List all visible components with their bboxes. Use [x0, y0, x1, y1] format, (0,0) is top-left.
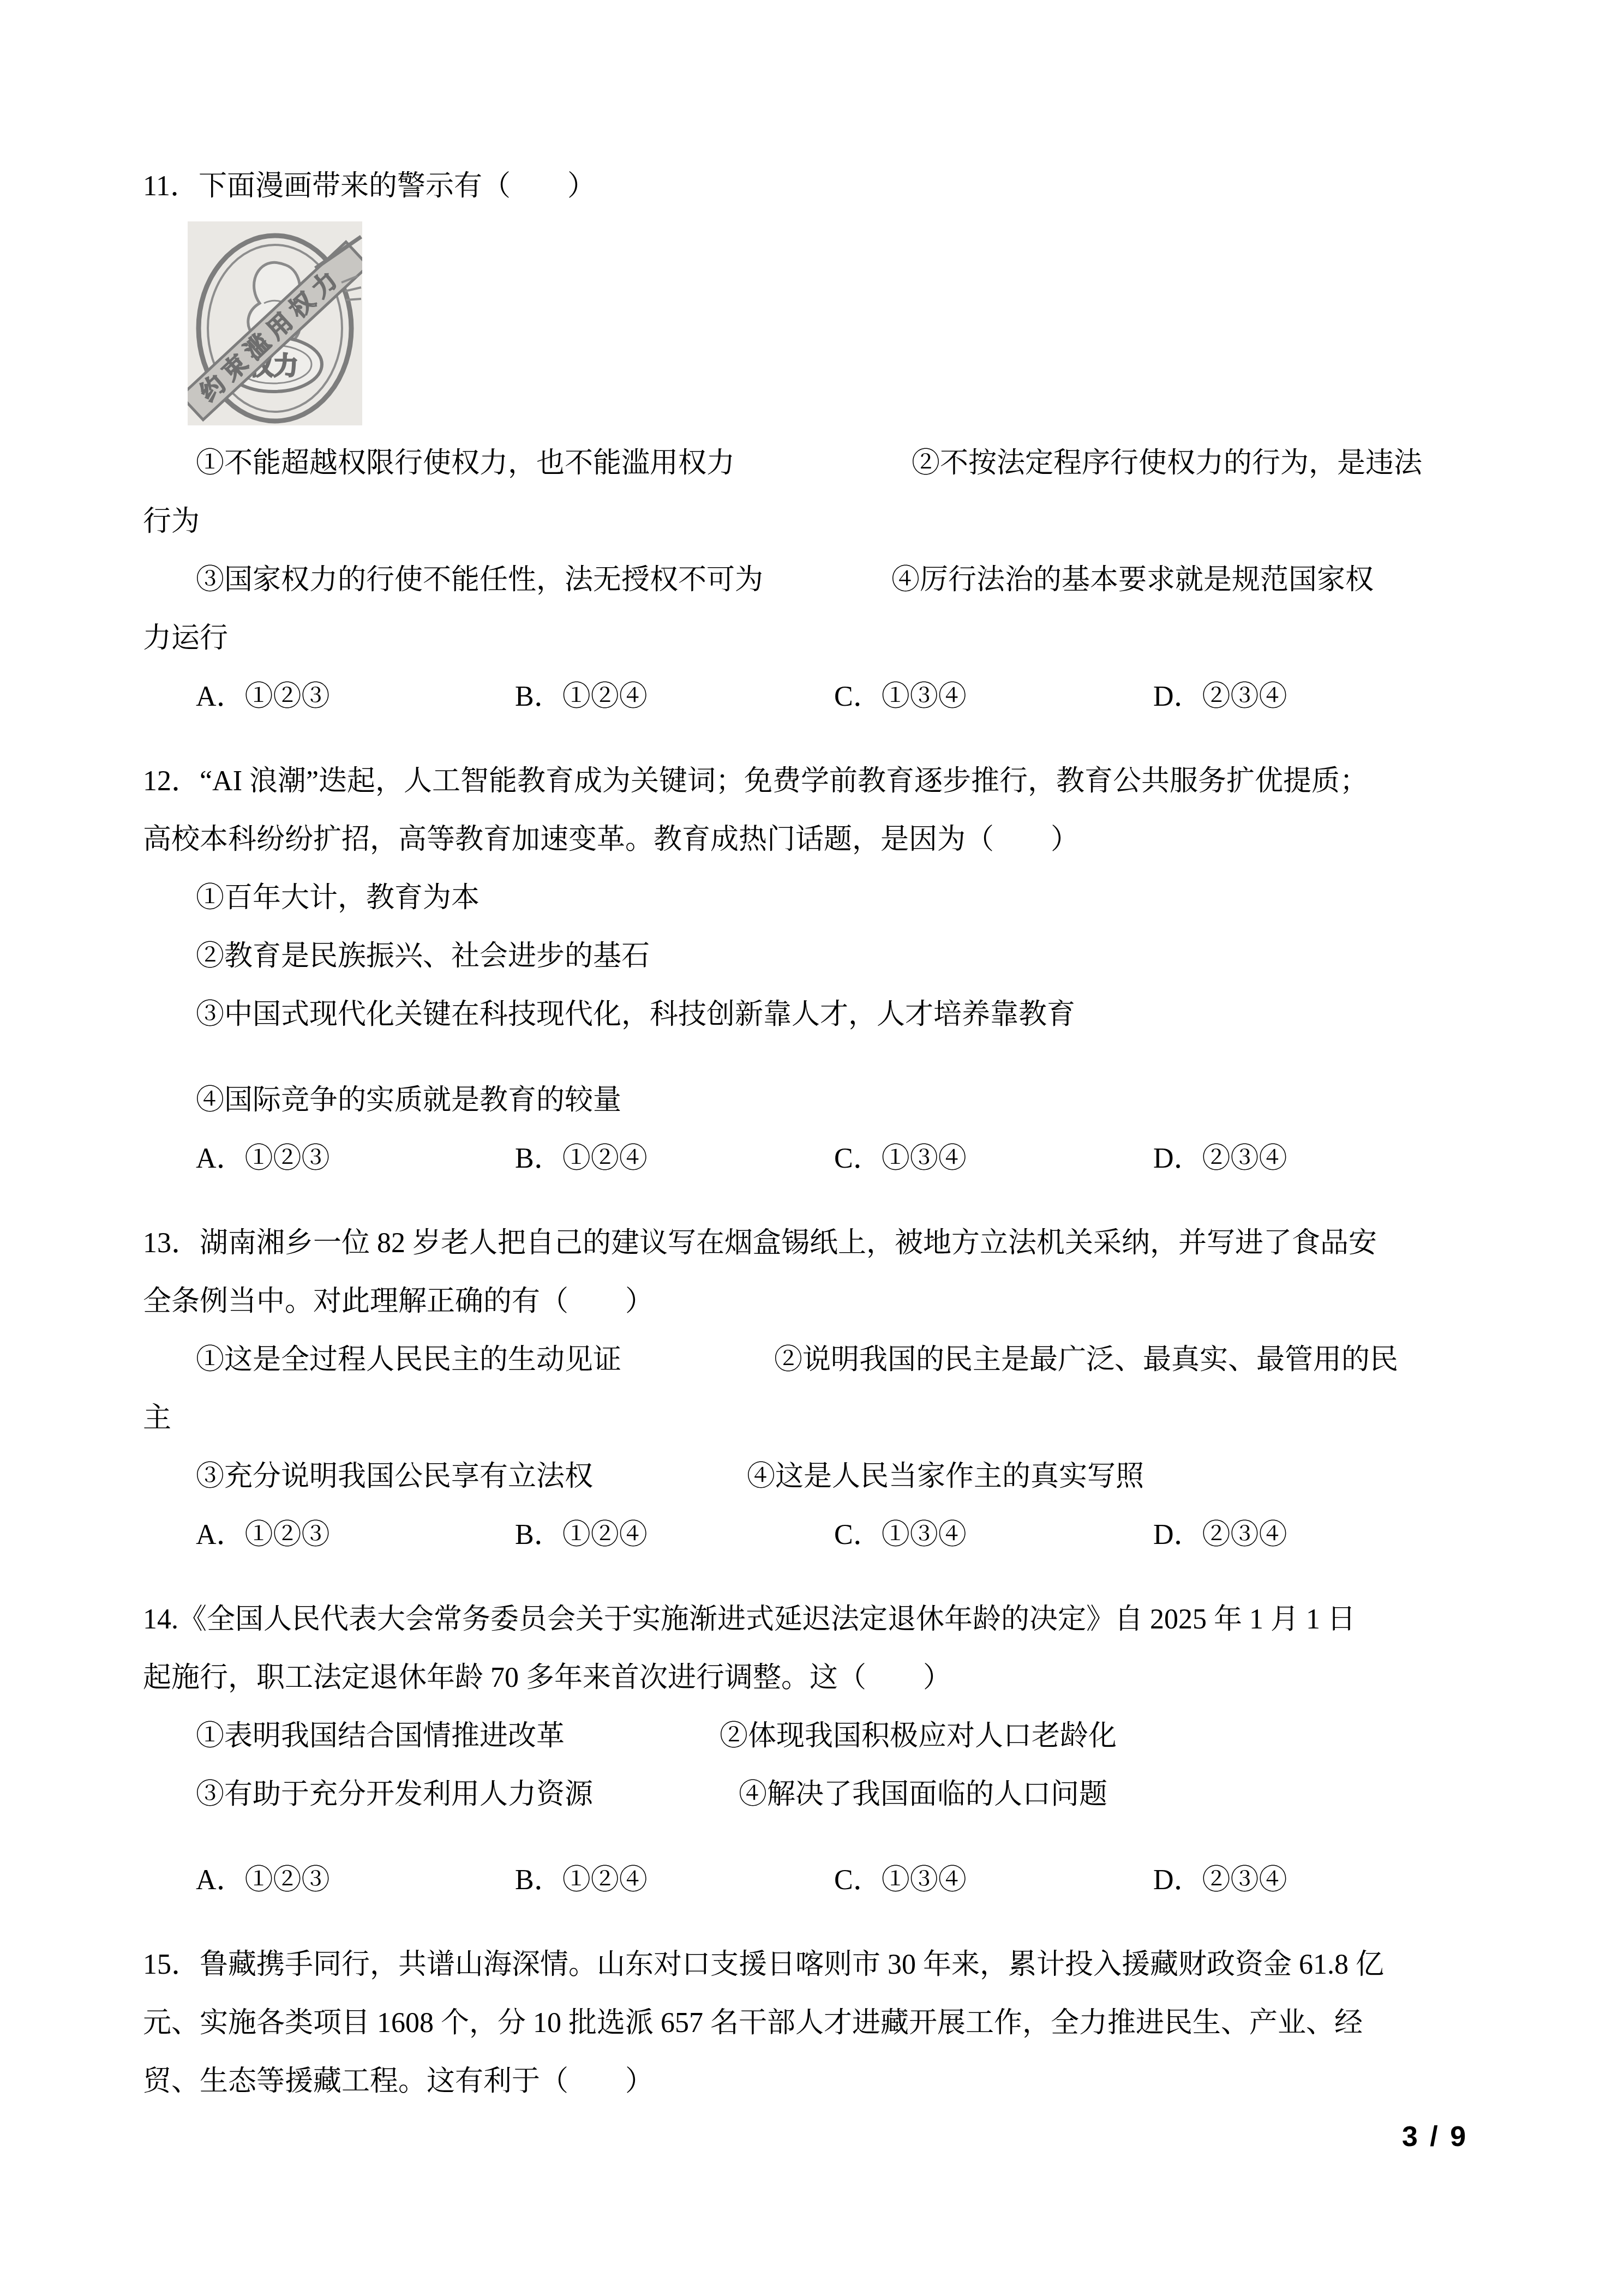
option-4: ④解决了我国面临的人口问题 — [739, 1779, 1107, 1810]
question-14-options-row-2: ③有助于充分开发利用人力资源④解决了我国面临的人口问题 — [143, 1765, 1485, 1824]
option-1: ①不能超越权限行使权力，也不能滥用权力 — [196, 434, 912, 492]
option-4-continuation: 力运行 — [143, 609, 1485, 668]
option-1: ①百年大计，教育为本 — [143, 869, 1485, 927]
question-12: 12．“AI 浪潮”迭起，人工智能教育成为关键词；免费学前教育逐步推行，教育公共… — [143, 752, 1485, 1188]
question-11-stem: 11．下面漫画带来的警示有（ ） — [143, 157, 1485, 215]
question-14-stem-line-2: 起施行，职工法定退休年龄 70 多年来首次进行调整。这（ ） — [143, 1649, 1485, 1707]
question-14-answer-row: A．①②③B．①②④C．①③④D．②③④ — [143, 1851, 1485, 1909]
question-13-options-row-1: ①这是全过程人民民主的生动见证②说明我国的民主是最广泛、最真实、最管用的民 — [143, 1331, 1485, 1389]
question-11-options-row-2: ③国家权力的行使不能任性，法无授权不可为④厉行法治的基本要求就是规范国家权 — [143, 551, 1485, 609]
option-2-continuation: 行为 — [143, 492, 1485, 551]
answer-option-d: D．②③④ — [1153, 668, 1287, 726]
answer-option-d: D．②③④ — [1153, 1851, 1287, 1909]
question-14: 14.《全国人民代表大会常务委员会关于实施渐进式延迟法定退休年龄的决定》自 20… — [143, 1590, 1485, 1909]
question-11-options-row-1: ①不能超越权限行使权力，也不能滥用权力②不按法定程序行使权力的行为，是违法 — [143, 434, 1485, 492]
question-15: 15．鲁藏携手同行，共谱山海深情。山东对口支援日喀则市 30 年来，累计投入援藏… — [143, 1936, 1485, 2111]
exam-page: { "footer": { "page_indicator": "3 / 9" … — [0, 0, 1624, 2296]
answer-option-a: A．①②③ — [196, 1506, 515, 1564]
question-11: 11．下面漫画带来的警示有（ ） 权力 约束滥用权力 ①不能超越权限行使权力，也… — [143, 157, 1485, 726]
option-3: ③国家权力的行使不能任性，法无授权不可为 — [196, 551, 891, 609]
option-4: ④厉行法治的基本要求就是规范国家权 — [891, 564, 1374, 596]
option-2: ②说明我国的民主是最广泛、最真实、最管用的民 — [774, 1344, 1398, 1375]
answer-option-c: C．①③④ — [834, 668, 1153, 726]
answer-option-b: B．①②④ — [515, 668, 834, 726]
question-13-stem-line-1: 13．湖南湘乡一位 82 岁老人把自己的建议写在烟盒锡纸上，被地方立法机关采纳，… — [143, 1214, 1485, 1272]
question-13-options-row-2: ③充分说明我国公民享有立法权④这是人民当家作主的真实写照 — [143, 1447, 1485, 1506]
answer-option-d: D．②③④ — [1153, 1506, 1287, 1564]
page-number: 3 / 9 — [1402, 2120, 1468, 2153]
answer-option-b: B．①②④ — [515, 1851, 834, 1909]
answer-option-c: C．①③④ — [834, 1506, 1153, 1564]
question-15-stem-line-2: 元、实施各类项目 1608 个，分 10 批选派 657 名干部人才进藏开展工作… — [143, 1994, 1485, 2052]
question-15-stem-line-3: 贸、生态等援藏工程。这有利于（ ） — [143, 2052, 1485, 2111]
question-11-answer-row: A．①②③B．①②④C．①③④D．②③④ — [143, 668, 1485, 726]
question-13-stem-line-2: 全条例当中。对此理解正确的有（ ） — [143, 1272, 1485, 1331]
option-1: ①表明我国结合国情推进改革 — [196, 1707, 720, 1765]
question-12-answer-row: A．①②③B．①②④C．①③④D．②③④ — [143, 1129, 1485, 1188]
answer-option-a: A．①②③ — [196, 668, 515, 726]
question-15-stem-line-1: 15．鲁藏携手同行，共谱山海深情。山东对口支援日喀则市 30 年来，累计投入援藏… — [143, 1936, 1485, 1994]
question-12-stem-line-2: 高校本科纷纷扩招，高等教育加速变革。教育成热门话题，是因为（ ） — [143, 810, 1485, 869]
option-2: ②不按法定程序行使权力的行为，是违法 — [912, 448, 1422, 479]
answer-option-b: B．①②④ — [515, 1129, 834, 1188]
option-3: ③中国式现代化关键在科技现代化，科技创新靠人才，人才培养靠教育 — [143, 985, 1485, 1044]
answer-option-d: D．②③④ — [1153, 1129, 1287, 1188]
question-14-options-row-1: ①表明我国结合国情推进改革②体现我国积极应对人口老龄化 — [143, 1707, 1485, 1765]
option-2: ②体现我国积极应对人口老龄化 — [720, 1721, 1117, 1752]
answer-option-c: C．①③④ — [834, 1851, 1153, 1909]
question-13: 13．湖南湘乡一位 82 岁老人把自己的建议写在烟盒锡纸上，被地方立法机关采纳，… — [143, 1214, 1485, 1564]
answer-option-a: A．①②③ — [196, 1851, 515, 1909]
question-12-stem-line-1: 12．“AI 浪潮”迭起，人工智能教育成为关键词；免费学前教育逐步推行，教育公共… — [143, 752, 1485, 810]
page-body: 11．下面漫画带来的警示有（ ） 权力 约束滥用权力 ①不能超越权限行使权力，也… — [143, 157, 1485, 2137]
prohibition-cartoon: 权力 约束滥用权力 — [188, 221, 362, 425]
option-2-continuation: 主 — [143, 1389, 1485, 1447]
option-3: ③充分说明我国公民享有立法权 — [196, 1447, 747, 1506]
answer-option-b: B．①②④ — [515, 1506, 834, 1564]
question-13-answer-row: A．①②③B．①②④C．①③④D．②③④ — [143, 1506, 1485, 1564]
answer-option-a: A．①②③ — [196, 1129, 515, 1188]
answer-option-c: C．①③④ — [834, 1129, 1153, 1188]
option-4: ④国际竞争的实质就是教育的较量 — [143, 1071, 1485, 1129]
question-14-stem-line-1: 14.《全国人民代表大会常务委员会关于实施渐进式延迟法定退休年龄的决定》自 20… — [143, 1590, 1485, 1649]
option-4: ④这是人民当家作主的真实写照 — [747, 1461, 1144, 1492]
option-1: ①这是全过程人民民主的生动见证 — [196, 1331, 774, 1389]
option-3: ③有助于充分开发利用人力资源 — [196, 1765, 739, 1824]
option-2: ②教育是民族振兴、社会进步的基石 — [143, 927, 1485, 985]
